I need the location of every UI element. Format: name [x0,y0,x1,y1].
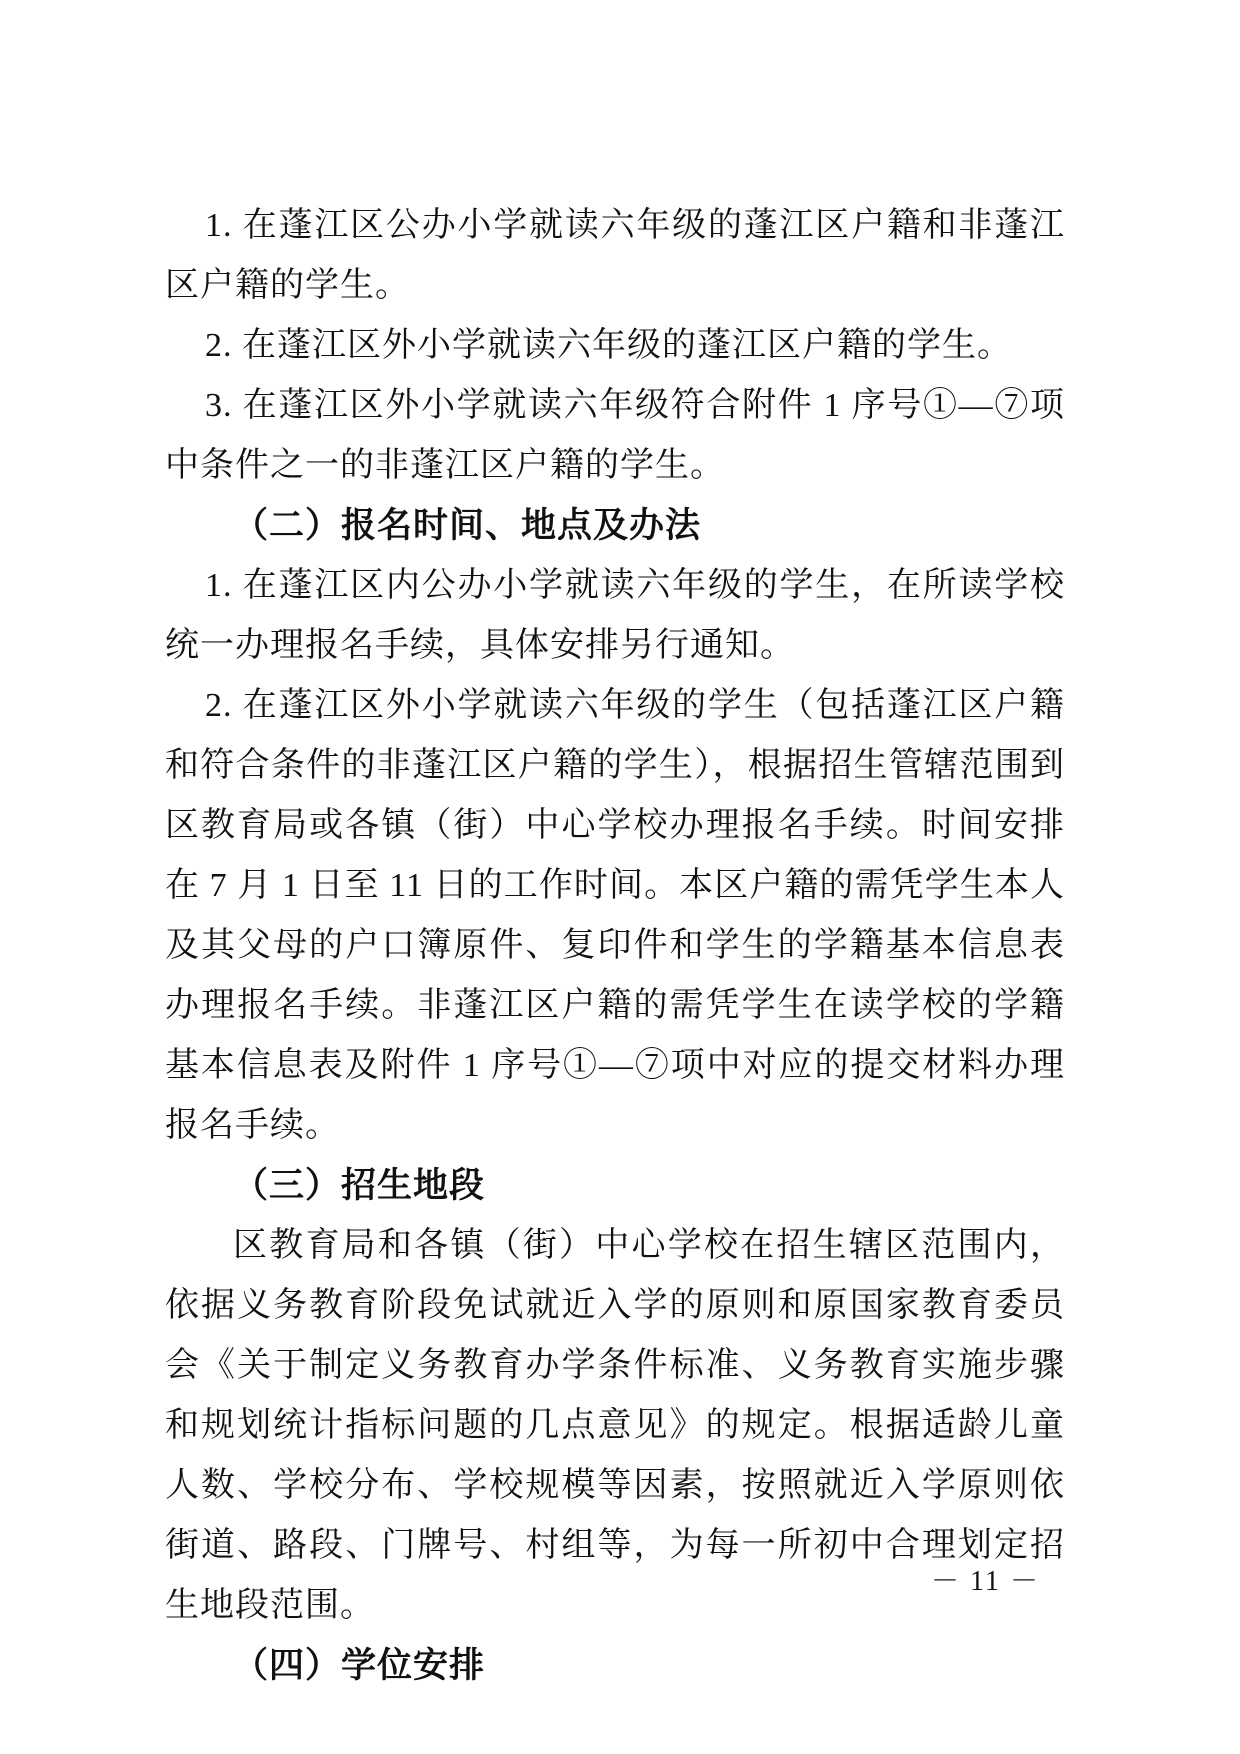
list-item: 1. 在蓬江区内公办小学就读六年级的学生，在所读学校统一办理报名手续，具体安排另… [165,556,1065,676]
list-item: 2. 在蓬江区外小学就读六年级的学生（包括蓬江区户籍和符合条件的非蓬江区户籍的学… [165,676,1065,1156]
page-number: － 11 － [931,1564,1040,1600]
list-item: 3. 在蓬江区外小学就读六年级符合附件 1 序号①—⑦项中条件之一的非蓬江区户籍… [165,376,1065,496]
document-page: 1. 在蓬江区公办小学就读六年级的蓬江区户籍和非蓬江区户籍的学生。 2. 在蓬江… [0,0,1240,1754]
paragraph: 区教育局和各镇（街）中心学校在招生辖区范围内，依据义务教育阶段免试就近入学的原则… [165,1216,1065,1636]
list-item: 1. 在蓬江区公办小学就读六年级的蓬江区户籍和非蓬江区户籍的学生。 [165,196,1065,316]
section-heading: （二）报名时间、地点及办法 [165,496,1065,556]
document-body: 1. 在蓬江区公办小学就读六年级的蓬江区户籍和非蓬江区户籍的学生。 2. 在蓬江… [165,196,1065,1696]
section-heading: （四）学位安排 [165,1636,1065,1696]
section-heading: （三）招生地段 [165,1156,1065,1216]
list-item: 2. 在蓬江区外小学就读六年级的蓬江区户籍的学生。 [165,316,1065,376]
